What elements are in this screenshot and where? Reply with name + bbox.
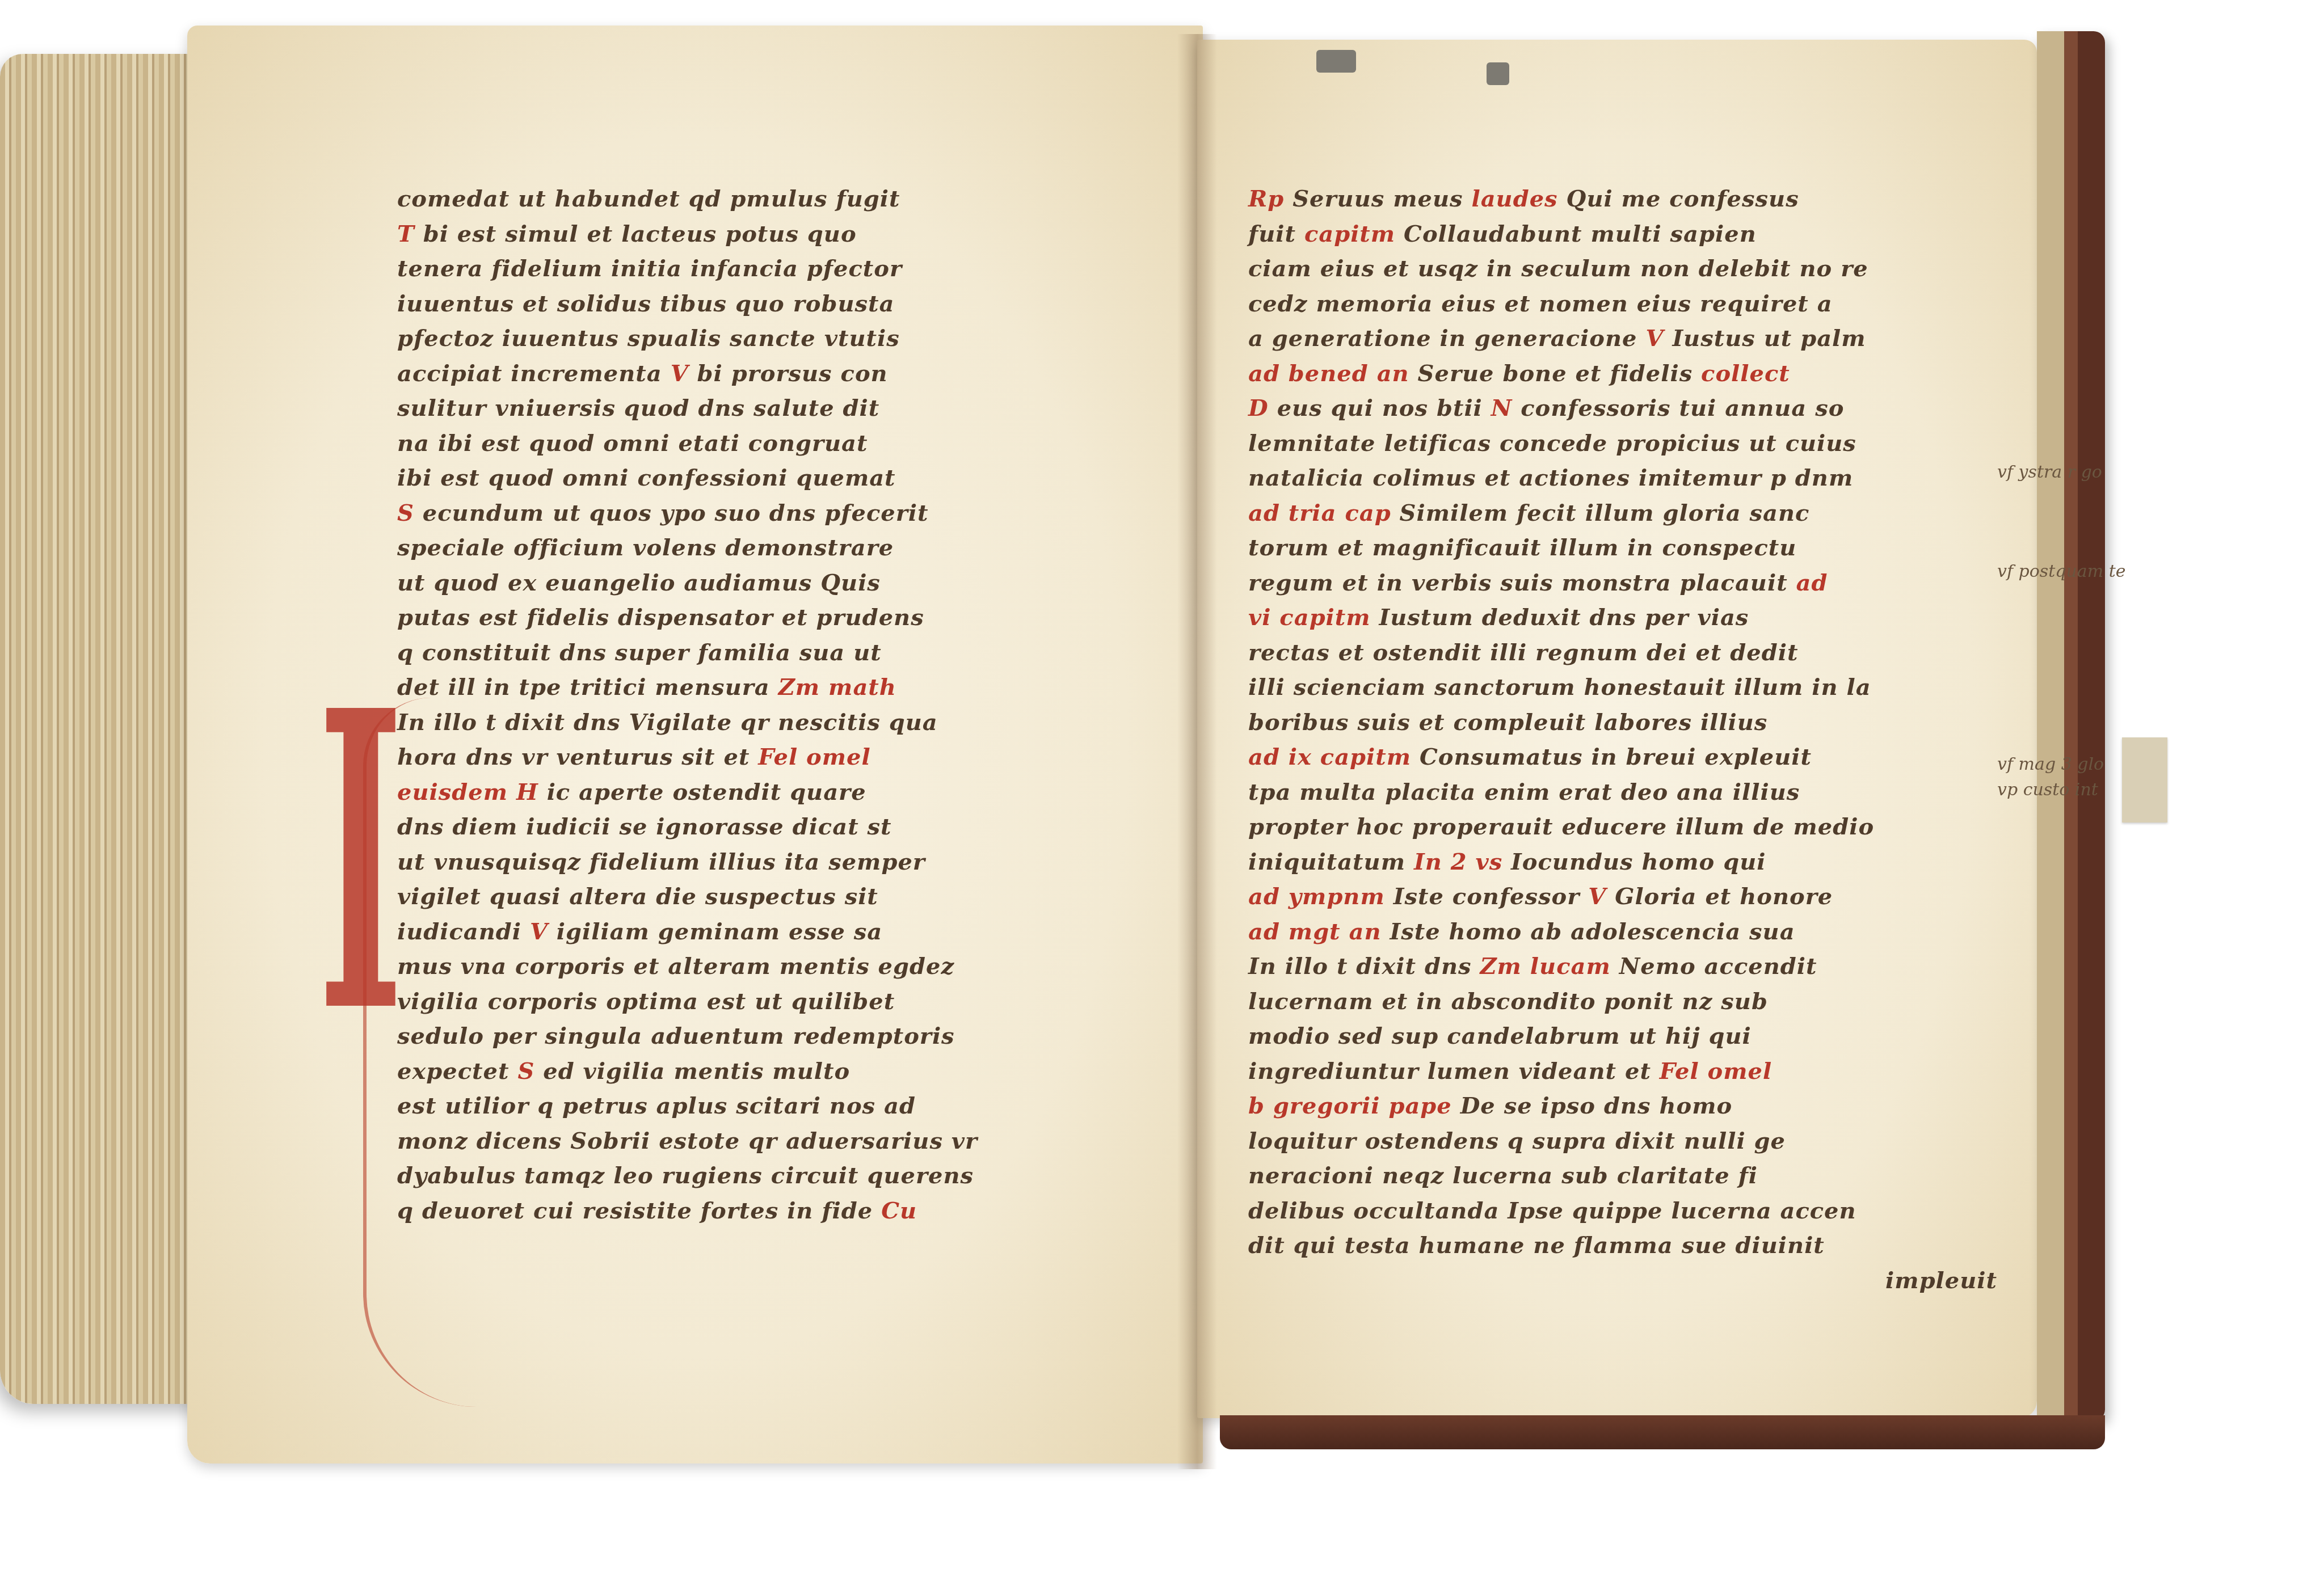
large-red-initial: I (318, 658, 404, 1066)
ink-text: loquitur ostendens q supra dixit nulli g… (1248, 1128, 1786, 1154)
manuscript-line: lucernam et in abscondito ponit nz sub (1248, 984, 1997, 1019)
manuscript-line: cedz memoria eius et nomen eius requiret… (1248, 286, 1997, 322)
manuscript-line: S ecundum ut quos ypo suo dns pfecerit (397, 496, 1169, 531)
ink-text: torum et magnificauit illum in conspectu (1248, 534, 1796, 561)
manuscript-line: dit qui testa humane ne flamma sue diuin… (1248, 1228, 1997, 1263)
manuscript-line: est utilior q petrus aplus scitari nos a… (397, 1089, 1169, 1124)
manuscript-line: ad mgt an Iste homo ab adolescencia sua (1248, 914, 1997, 950)
manuscript-line: illi scienciam sanctorum honestauit illu… (1248, 670, 1997, 705)
ink-text: neracioni neqz lucerna sub claritate fi (1248, 1162, 1758, 1189)
manuscript-line: ciam eius et usqz in seculum non delebit… (1248, 251, 1997, 286)
ink-text: Gloria et honore (1615, 883, 1833, 910)
rubric-text: D (1248, 395, 1277, 421)
rubric-text: ad tria cap (1248, 500, 1400, 526)
ink-text: putas est fidelis dispensator et prudens (397, 604, 924, 631)
manuscript-line: D eus qui nos btii N confessoris tui ann… (1248, 391, 1997, 426)
manuscript-line: monz dicens Sobrii estote qr aduersarius… (397, 1124, 1169, 1159)
rubric-text: T (397, 221, 423, 247)
ink-text: ut vnusquisqz fidelium illius ita semper (397, 849, 925, 875)
manuscript-line: speciale officium volens demonstrare (397, 530, 1169, 566)
rubric-text: Fel omel (1660, 1058, 1772, 1085)
ink-text: vigilet quasi altera die suspectus sit (397, 883, 878, 910)
ink-text: In illo t dixit dns (1248, 953, 1480, 980)
rubric-text: laudes (1471, 185, 1566, 212)
leather-binding (2037, 31, 2105, 1421)
marginal-note: vf ystra r go (1997, 462, 2190, 482)
ink-text: iniquitatum (1248, 849, 1414, 875)
ink-text: expectet (397, 1058, 517, 1085)
rubric-text: S (397, 500, 423, 526)
rubric-text: ad (1796, 570, 1828, 596)
ink-text: Iocundus homo qui (1511, 849, 1766, 875)
ink-text: speciale officium volens demonstrare (397, 534, 894, 561)
manuscript-line: ut vnusquisqz fidelium illius ita semper (397, 845, 1169, 880)
ink-text: Nemo accendit (1619, 953, 1817, 980)
ink-text: hora dns vr venturus sit et (397, 744, 758, 770)
rubric-text: Fel omel (758, 744, 870, 770)
metal-clasp (1316, 50, 1356, 73)
manuscript-line: tenera fidelium initia infancia pfector (397, 251, 1169, 286)
manuscript-line: loquitur ostendens q supra dixit nulli g… (1248, 1124, 1997, 1159)
ink-text: sulitur vniuersis quod dns salute dit (397, 395, 879, 421)
ink-text: lucernam et in abscondito ponit nz sub (1248, 988, 1768, 1015)
ink-text: vigilia corporis optima est ut quilibet (397, 988, 895, 1015)
manuscript-line: In illo t dixit dns Zm lucam Nemo accend… (1248, 949, 1997, 984)
ink-text: ciam eius et usqz in seculum non delebit… (1248, 255, 1868, 282)
ink-text: Qui me confessus (1567, 185, 1799, 212)
ink-text: boribus suis et compleuit labores illius (1248, 709, 1767, 736)
rubric-text: Rp (1248, 185, 1292, 212)
ink-text: est utilior q petrus aplus scitari nos a… (397, 1093, 916, 1119)
manuscript-line: ad tria cap Similem fecit illum gloria s… (1248, 496, 1997, 531)
marginal-note: vf mag 3 glo (1997, 754, 2190, 774)
manuscript-line: iniquitatum In 2 vs Iocundus homo qui (1248, 845, 1997, 880)
manuscript-line: iudicandi V igiliam geminam esse sa (397, 914, 1169, 950)
rubric-text: ad ympnm (1248, 883, 1393, 910)
manuscript-line: dns diem iudicii se ignorasse dicat st (397, 809, 1169, 845)
ink-text: sedulo per singula aduentum redemptoris (397, 1023, 955, 1049)
ink-text: eus qui nos btii (1277, 395, 1491, 421)
ink-text: Serue bone et fidelis (1418, 360, 1701, 387)
ink-text: Collaudabunt multi sapien (1404, 221, 1757, 247)
ink-text: regum et in verbis suis monstra placauit (1248, 570, 1796, 596)
ink-text: fuit (1248, 221, 1304, 247)
binding-bottom-edge (1220, 1415, 2105, 1449)
ink-text: illi scienciam sanctorum honestauit illu… (1248, 674, 1871, 701)
rubric-text: Zm math (778, 674, 896, 701)
manuscript-line: lemnitate letificas concede propicius ut… (1248, 426, 1997, 461)
manuscript-line: propter hoc properauit educere illum de … (1248, 809, 1997, 845)
ink-text: iuuentus et solidus tibus quo robusta (397, 290, 894, 317)
manuscript-line: ad bened an Serue bone et fidelis collec… (1248, 356, 1997, 391)
manuscript-line: impleuit (1248, 1263, 1997, 1298)
ink-text: natalicia colimus et actiones imitemur p… (1248, 465, 1853, 491)
manuscript-line: In illo t dixit dns Vigilate qr nescitis… (397, 705, 1169, 740)
ink-text: Similem fecit illum gloria sanc (1400, 500, 1810, 526)
ink-text: det ill in tpe tritici mensura (397, 674, 778, 701)
manuscript-line: natalicia colimus et actiones imitemur p… (1248, 461, 1997, 496)
ink-text: bi est simul et lacteus potus quo (423, 221, 857, 247)
manuscript-line: ad ympnm Iste confessor V Gloria et hono… (1248, 879, 1997, 914)
rubric-text: S (517, 1058, 543, 1085)
ink-text: Iste confessor (1393, 883, 1589, 910)
ink-text: bi prorsus con (697, 360, 888, 387)
ink-text: Vigilate qr nescitis qua (629, 709, 937, 736)
ink-text: Iste homo ab adolescencia sua (1390, 918, 1795, 945)
rubric-text: euisdem H (397, 779, 547, 805)
ink-text: Iustus ut palm (1672, 325, 1866, 352)
ink-text: lemnitate letificas concede propicius ut… (1248, 430, 1856, 457)
manuscript-line: accipiat incrementa V bi prorsus con (397, 356, 1169, 391)
manuscript-line: det ill in tpe tritici mensura Zm math (397, 670, 1169, 705)
left-page-text: comedat ut habundet qd pmulus fugit T bi… (397, 182, 1169, 1228)
rubric-text: N (1491, 395, 1521, 421)
ink-text: rectas et ostendit illi regnum dei et de… (1248, 639, 1798, 666)
manuscript-line: putas est fidelis dispensator et prudens (397, 600, 1169, 635)
ink-text: confessoris tui annua so (1521, 395, 1844, 421)
manuscript-line: neracioni neqz lucerna sub claritate fi (1248, 1158, 1997, 1193)
rubric-text: capitm (1304, 221, 1404, 247)
ink-text: impleuit (1885, 1267, 1997, 1294)
rubric-text: V (530, 918, 557, 945)
metal-clasp (1487, 62, 1509, 85)
manuscript-line: Rp Seruus meus laudes Qui me confessus (1248, 182, 1997, 217)
marginal-note: vf postquam te (1997, 562, 2190, 581)
manuscript-line: q deuoret cui resistite fortes in fide C… (397, 1193, 1169, 1229)
ink-text: accipiat incrementa (397, 360, 671, 387)
rubric-text: Zm lucam (1480, 953, 1619, 980)
ink-text: ecundum ut quos ypo suo dns pfecerit (423, 500, 929, 526)
manuscript-line: tpa multa placita enim erat deo ana illi… (1248, 775, 1997, 810)
left-page-stack (0, 54, 216, 1404)
ink-text: Seruus meus (1292, 185, 1471, 212)
ink-text: propter hoc properauit educere illum de … (1248, 813, 1874, 840)
manuscript-line: sulitur vniuersis quod dns salute dit (397, 391, 1169, 426)
rubric-text: In 2 vs (1414, 849, 1511, 875)
ink-text: ed vigilia mentis multo (543, 1058, 850, 1085)
manuscript-line: pfectoz iuuentus spualis sancte vtutis (397, 321, 1169, 356)
ink-text: ut quod ex euangelio audiamus Quis (397, 570, 881, 596)
ink-text: mus vna corporis et alteram mentis egdez (397, 953, 954, 980)
rubric-text: Cu (881, 1197, 917, 1224)
manuscript-line: vi capitm Iustum deduxit dns per vias (1248, 600, 1997, 635)
ink-text: dyabulus tamqz leo rugiens circuit quere… (397, 1162, 974, 1189)
manuscript-line: mus vna corporis et alteram mentis egdez (397, 949, 1169, 984)
manuscript-line: comedat ut habundet qd pmulus fugit (397, 182, 1169, 217)
ink-text: ibi est quod omni confessioni quemat (397, 465, 896, 491)
ink-text: tpa multa placita enim erat deo ana illi… (1248, 779, 1800, 805)
manuscript-line: ut quod ex euangelio audiamus Quis (397, 566, 1169, 601)
ink-text: cedz memoria eius et nomen eius requiret… (1248, 290, 1833, 317)
manuscript-line: fuit capitm Collaudabunt multi sapien (1248, 217, 1997, 252)
ink-text: iudicandi (397, 918, 530, 945)
ink-text: De se ipso dns homo (1460, 1093, 1733, 1119)
rubric-text: collect (1701, 360, 1790, 387)
ink-text: Consumatus in breui expleuit (1420, 744, 1812, 770)
ink-text: na ibi est quod omni etati congruat (397, 430, 868, 457)
ink-text: delibus occultanda Ipse quippe lucerna a… (1248, 1197, 1856, 1224)
manuscript-line: T bi est simul et lacteus potus quo (397, 217, 1169, 252)
manuscript-line: q constituit dns super familia sua ut (397, 635, 1169, 670)
rubric-text: V (1588, 883, 1615, 910)
manuscript-line: a generatione in generacione V Iustus ut… (1248, 321, 1997, 356)
manuscript-line: euisdem H ic aperte ostendit quare (397, 775, 1169, 810)
ink-text: q deuoret cui resistite fortes in fide (397, 1197, 881, 1224)
right-page-text: Rp Seruus meus laudes Qui me confessus f… (1248, 182, 1997, 1298)
book-gutter (1177, 34, 1217, 1469)
manuscript-line: sedulo per singula aduentum redemptoris (397, 1019, 1169, 1054)
manuscript-line: ad ix capitm Consumatus in breui expleui… (1248, 740, 1997, 775)
ink-text: modio sed sup candelabrum ut hij qui (1248, 1023, 1752, 1049)
manuscript-line: vigilia corporis optima est ut quilibet (397, 984, 1169, 1019)
ink-text: comedat ut habundet qd pmulus fugit (397, 185, 900, 212)
rubric-text: ad ix capitm (1248, 744, 1420, 770)
manuscript-line: rectas et ostendit illi regnum dei et de… (1248, 635, 1997, 670)
ink-text: ingrediuntur lumen videant et (1248, 1058, 1660, 1085)
manuscript-line: na ibi est quod omni etati congruat (397, 426, 1169, 461)
manuscript-line: delibus occultanda Ipse quippe lucerna a… (1248, 1193, 1997, 1229)
rubric-text: vi capitm (1248, 604, 1379, 631)
rubric-text: ad mgt an (1248, 918, 1390, 945)
rubric-text: V (671, 360, 697, 387)
ink-text: Iustum deduxit dns per vias (1379, 604, 1749, 631)
manuscript-line: ibi est quod omni confessioni quemat (397, 461, 1169, 496)
rubric-text: b gregorii pape (1248, 1093, 1460, 1119)
manuscript-line: dyabulus tamqz leo rugiens circuit quere… (397, 1158, 1169, 1193)
ink-text: dit qui testa humane ne flamma sue diuin… (1248, 1232, 1825, 1259)
manuscript-line: expectet S ed vigilia mentis multo (397, 1054, 1169, 1089)
manuscript-line: ingrediuntur lumen videant et Fel omel (1248, 1054, 1997, 1089)
manuscript-line: iuuentus et solidus tibus quo robusta (397, 286, 1169, 322)
manuscript-line: torum et magnificauit illum in conspectu (1248, 530, 1997, 566)
ink-text: dns diem iudicii se ignorasse dicat st (397, 813, 892, 840)
ink-text: tenera fidelium initia infancia pfector (397, 255, 902, 282)
ink-text: pfectoz iuuentus spualis sancte vtutis (397, 325, 900, 352)
ink-text: monz dicens Sobrii estote qr aduersarius… (397, 1128, 978, 1154)
ink-text: igiliam geminam esse sa (557, 918, 882, 945)
manuscript-line: vigilet quasi altera die suspectus sit (397, 879, 1169, 914)
rubric-text: V (1645, 325, 1672, 352)
ink-text: q constituit dns super familia sua ut (397, 639, 882, 666)
manuscript-line: regum et in verbis suis monstra placauit… (1248, 566, 1997, 601)
ink-text: In illo t dixit dns (397, 709, 629, 736)
manuscript-line: modio sed sup candelabrum ut hij qui (1248, 1019, 1997, 1054)
rubric-text: ad bened an (1248, 360, 1418, 387)
ink-text: ic aperte ostendit quare (547, 779, 866, 805)
ink-text: a generatione in generacione (1248, 325, 1645, 352)
manuscript-line: hora dns vr venturus sit et Fel omel (397, 740, 1169, 775)
manuscript-line: b gregorii pape De se ipso dns homo (1248, 1089, 1997, 1124)
manuscript-line: boribus suis et compleuit labores illius (1248, 705, 1997, 740)
marginal-note: vp custo int (1997, 780, 2190, 800)
